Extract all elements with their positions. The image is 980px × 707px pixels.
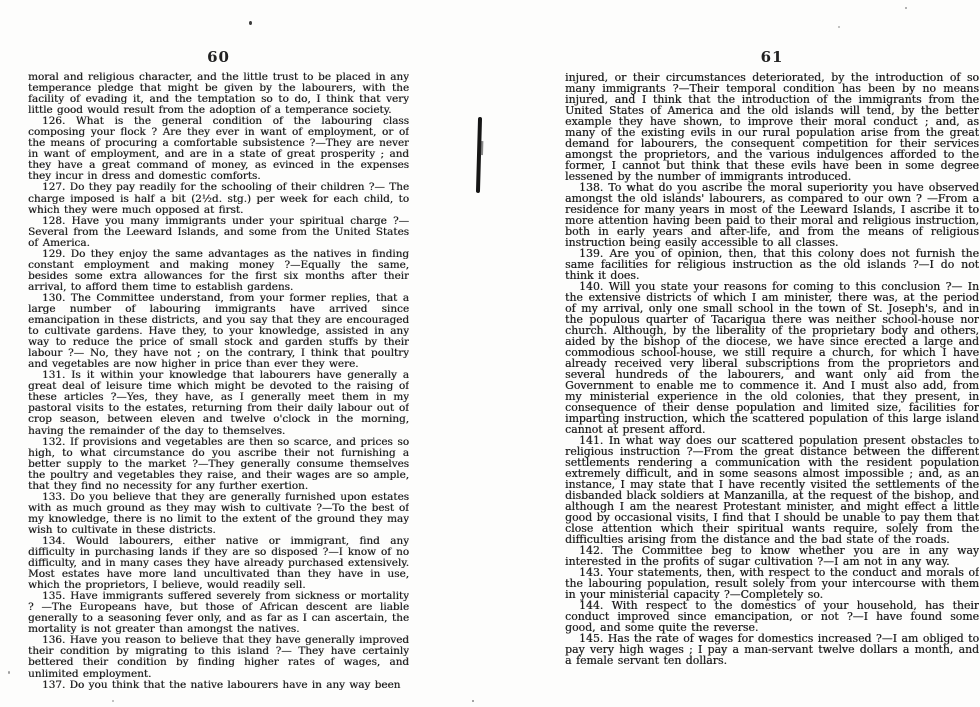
right-page: 61 injured, or their circumstances deter… [565,48,979,680]
paragraph: 127. Do they pay readily for the schooli… [28,182,409,215]
paragraph: 126. What is the general condition of th… [28,116,409,182]
scan-speck [905,7,907,9]
paragraph: 137. Do you think that the native labour… [28,680,409,691]
scan-speck [249,21,252,25]
paragraph: 142. The Committee beg to know whether y… [565,545,979,567]
paragraph: 134. Would labourers, either native or i… [28,536,409,591]
paragraph: injured, or their circumstances deterior… [565,72,979,182]
paragraph: 135. Have immigrants suffered severely f… [28,591,409,635]
paragraph: 132. If provisions and vegetables are th… [28,437,409,492]
paragraph: 144. With respect to the domestics of yo… [565,600,979,633]
page-number-left: 60 [28,48,409,65]
paragraph: 129. Do they enjoy the same advantages a… [28,249,409,293]
gutter-ink-mark [476,117,482,193]
scan-speck [838,26,840,28]
scan-speck [472,700,474,702]
paragraph: 128. Have you many immigrants under your… [28,216,409,249]
paragraph: 141. In what way does our scattered popu… [565,435,979,545]
paragraph: 133. Do you believe that they are genera… [28,492,409,536]
paragraph: 138. To what do you ascribe the moral su… [565,182,979,248]
paragraph: 140. Will you state your reasons for com… [565,281,979,435]
book-spread: 60 moral and religious character, and th… [0,0,980,707]
right-page-text: injured, or their circumstances deterior… [565,72,979,680]
paragraph: 130. The Committee understand, from your… [28,293,409,370]
paragraph: 136. Have you reason to believe that the… [28,635,409,679]
left-page-text: moral and religious character, and the l… [28,72,409,692]
page-number-right: 61 [565,48,979,65]
paragraph: 145. Has the rate of wages for domestics… [565,633,979,666]
scan-speck [8,671,10,674]
paragraph: 131. Is it within your knowledge that la… [28,370,409,436]
paragraph: moral and religious character, and the l… [28,72,409,116]
left-page: 60 moral and religious character, and th… [28,48,409,692]
scan-speck [112,700,114,702]
paragraph: 143. Your statements, then, with respect… [565,567,979,600]
paragraph: 139. Are you of opinion, then, that this… [565,248,979,281]
